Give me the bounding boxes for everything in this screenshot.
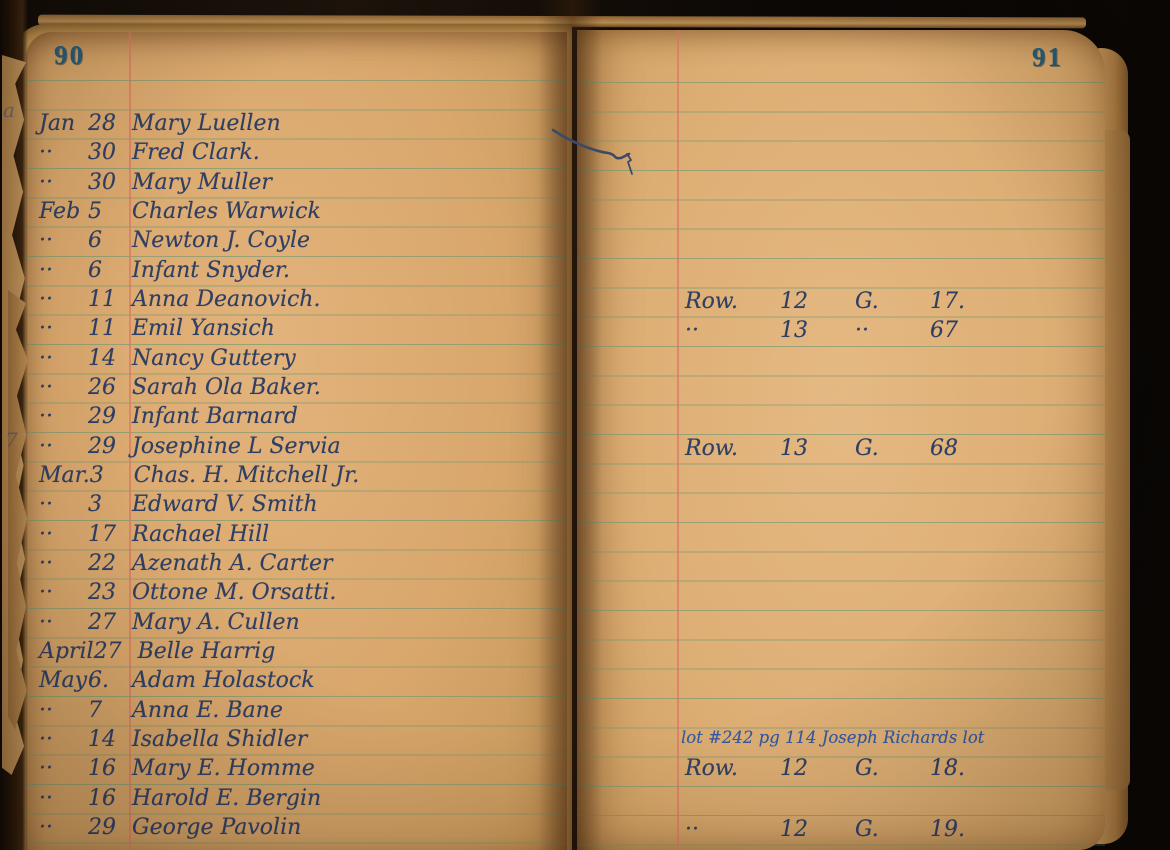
- entry-name: Infant Barnard: [124, 404, 561, 429]
- entry-name: Edward V. Smith: [124, 492, 561, 517]
- entry-day: 6: [88, 258, 124, 283]
- entry-name: Azenath A. Carter: [124, 551, 561, 576]
- entry-month: ··: [26, 786, 88, 811]
- entry-month: May: [26, 668, 88, 693]
- entry-name: Ottone M. Orsatti.: [124, 580, 561, 605]
- entry-month: ··: [26, 228, 88, 253]
- ledger-entry: April27Belle Harrig: [26, 639, 561, 669]
- ledger-entry: ··26Sarah Ola Baker.: [26, 375, 561, 405]
- entry-day: 16: [88, 786, 124, 811]
- entry-month: ··: [26, 346, 88, 371]
- ledger-entry: Jan28Mary Luellen: [26, 111, 561, 141]
- entry-name: Chas. H. Mitchell Jr.: [126, 463, 561, 488]
- entry-name: Rachael Hill: [124, 522, 561, 547]
- entry-name: Mary E. Homme: [124, 756, 561, 781]
- entry-name: Harold E. Bergin: [124, 786, 561, 811]
- entry-month: ··: [26, 522, 88, 547]
- stray-ink-mark: [549, 122, 645, 180]
- entry-month: ··: [26, 580, 88, 605]
- entry-day: 27: [88, 610, 124, 635]
- ledger-entry: ··27Mary A. Cullen: [26, 610, 561, 640]
- ledger-entry: ··11Emil Yansich: [26, 316, 561, 346]
- row-label: ··: [685, 817, 780, 842]
- row-label: Row.: [685, 436, 780, 461]
- entry-month: ··: [26, 316, 88, 341]
- entry-day: 7: [88, 698, 124, 723]
- entry-month: ··: [26, 815, 88, 840]
- entry-month: ··: [26, 434, 88, 459]
- ledger-entry: ··23Ottone M. Orsatti.: [26, 580, 561, 610]
- entry-day: 26: [88, 375, 124, 400]
- entry-name: Sarah Ola Baker.: [124, 375, 561, 400]
- ledger-entry: ··29Josephine L Servia: [26, 434, 561, 464]
- entry-month: ··: [26, 492, 88, 517]
- grave-label: G.: [855, 817, 930, 842]
- grave-number: 18.: [930, 756, 1099, 781]
- entry-name: Anna E. Bane: [124, 698, 561, 723]
- entry-month: April: [26, 639, 94, 664]
- entry-day: 6.: [88, 668, 124, 693]
- entry-name: Belle Harrig: [130, 639, 561, 664]
- entry-day: 30: [88, 140, 124, 165]
- entry-day: 5: [88, 199, 124, 224]
- entry-month: ··: [26, 551, 88, 576]
- entry-day: 23: [88, 580, 124, 605]
- ledger-entry: ··6Newton J. Coyle: [26, 228, 561, 258]
- grave-location-entry: ··12G.19.: [685, 817, 1099, 847]
- grave-label: ··: [855, 318, 930, 343]
- grave-location-entry: ··13··67: [685, 318, 1099, 348]
- row-number: 12: [780, 289, 855, 314]
- entry-month: Jan: [26, 111, 88, 136]
- grave-label: G.: [855, 289, 930, 314]
- entry-name: Infant Snyder.: [124, 258, 561, 283]
- ledger-entry: Feb5Charles Warwick: [26, 199, 561, 229]
- entry-name: Emil Yansich: [124, 316, 561, 341]
- entry-day: 3: [90, 463, 126, 488]
- entry-month: ··: [26, 610, 88, 635]
- ledger-entry: ··6Infant Snyder.: [26, 258, 561, 288]
- entry-name: Fred Clark.: [124, 140, 561, 165]
- entry-day: 29: [88, 434, 124, 459]
- stub-writing: 7: [5, 428, 18, 452]
- entry-name: Josephine L Servia: [124, 434, 561, 459]
- entry-day: 17: [88, 522, 124, 547]
- page-number-right: 91: [1032, 42, 1063, 73]
- grave-number: 68: [930, 436, 1099, 461]
- ledger-page-right: 91 Row.12G.17. ··13··67 Row.13G.68 lot #…: [577, 30, 1105, 850]
- grave-label: G.: [855, 756, 930, 781]
- entry-day: 22: [88, 551, 124, 576]
- entry-day: 14: [88, 727, 124, 752]
- entry-day: 14: [88, 346, 124, 371]
- ledger-entry: ··30Fred Clark.: [26, 140, 561, 170]
- ledger-entry: ··30Mary Muller: [26, 170, 561, 200]
- entry-name: George Pavolin: [124, 815, 561, 840]
- entry-day: 16: [88, 756, 124, 781]
- ledger-entry: ··29Infant Barnard: [26, 404, 561, 434]
- entry-month: ··: [26, 258, 88, 283]
- entry-day: 29: [88, 815, 124, 840]
- red-margin-line: [677, 30, 679, 850]
- row-label: Row.: [685, 756, 780, 781]
- grave-location-entry: Row.13G.68: [685, 436, 1099, 466]
- entry-day: 29: [88, 404, 124, 429]
- grave-number: 67: [930, 318, 1099, 343]
- row-number: 12: [780, 817, 855, 842]
- stub-writing: a: [3, 98, 15, 122]
- ledger-entry: ··14Isabella Shidler: [26, 727, 561, 757]
- entry-day: 11: [88, 287, 124, 312]
- entry-month: ··: [26, 140, 88, 165]
- entry-month: ··: [26, 287, 88, 312]
- ledger-entry: ··14Nancy Guttery: [26, 346, 561, 376]
- ledger-entry: Mar.3Chas. H. Mitchell Jr.: [26, 463, 561, 493]
- entry-name: Mary Luellen: [124, 111, 561, 136]
- entry-name: Mary Muller: [124, 170, 561, 195]
- row-number: 12: [780, 756, 855, 781]
- ledger-entry: ··3Edward V. Smith: [26, 492, 561, 522]
- ledger-page-left: 90 Jan28Mary Luellen ··30Fred Clark. ··3…: [26, 32, 567, 850]
- entry-day: 30: [88, 170, 124, 195]
- entry-day: 11: [88, 316, 124, 341]
- entry-name: Newton J. Coyle: [124, 228, 561, 253]
- grave-number: 19.: [930, 817, 1099, 842]
- entry-name: Mary A. Cullen: [124, 610, 561, 635]
- row-number: 13: [780, 318, 855, 343]
- entry-month: ··: [26, 375, 88, 400]
- row-label: ··: [685, 318, 780, 343]
- ledger-entry: ··17Rachael Hill: [26, 522, 561, 552]
- entry-month: Feb: [26, 199, 88, 224]
- entry-name: Charles Warwick: [124, 199, 561, 224]
- entry-day: 28: [88, 111, 124, 136]
- entry-month: ··: [26, 170, 88, 195]
- lot-annotation: lot #242 pg 114 Joseph Richards lot: [681, 728, 984, 754]
- entry-day: 6: [88, 228, 124, 253]
- ledger-photo: { "left_page": { "page_number": "90", "e…: [0, 0, 1170, 850]
- row-number: 13: [780, 436, 855, 461]
- ledger-entry: ··11Anna Deanovich.: [26, 287, 561, 317]
- row-label: Row.: [685, 289, 780, 314]
- grave-number: 17.: [930, 289, 1099, 314]
- grave-location-entry: Row.12G.18.: [685, 756, 1099, 786]
- ledger-entry: May6.Adam Holastock: [26, 668, 561, 698]
- ledger-entry: ··29George Pavolin: [26, 815, 561, 845]
- entry-month: ··: [26, 756, 88, 781]
- entry-month: ··: [26, 698, 88, 723]
- ledger-entry: ··22Azenath A. Carter: [26, 551, 561, 581]
- entry-month: Mar.: [26, 463, 90, 488]
- ledger-entry: ··7Anna E. Bane: [26, 698, 561, 728]
- ledger-entry: ··16Mary E. Homme: [26, 756, 561, 786]
- page-number-left: 90: [54, 40, 85, 71]
- entry-day: 27: [94, 639, 130, 664]
- grave-location-entry: Row.12G.17.: [685, 289, 1099, 319]
- entry-name: Anna Deanovich.: [124, 287, 561, 312]
- entry-month: ··: [26, 404, 88, 429]
- grave-label: G.: [855, 436, 930, 461]
- ledger-entry: ··16Harold E. Bergin: [26, 786, 561, 816]
- entry-month: ··: [26, 727, 88, 752]
- entry-name: Isabella Shidler: [124, 727, 561, 752]
- entry-name: Adam Holastock: [124, 668, 561, 693]
- entry-name: Nancy Guttery: [124, 346, 561, 371]
- entry-day: 3: [88, 492, 124, 517]
